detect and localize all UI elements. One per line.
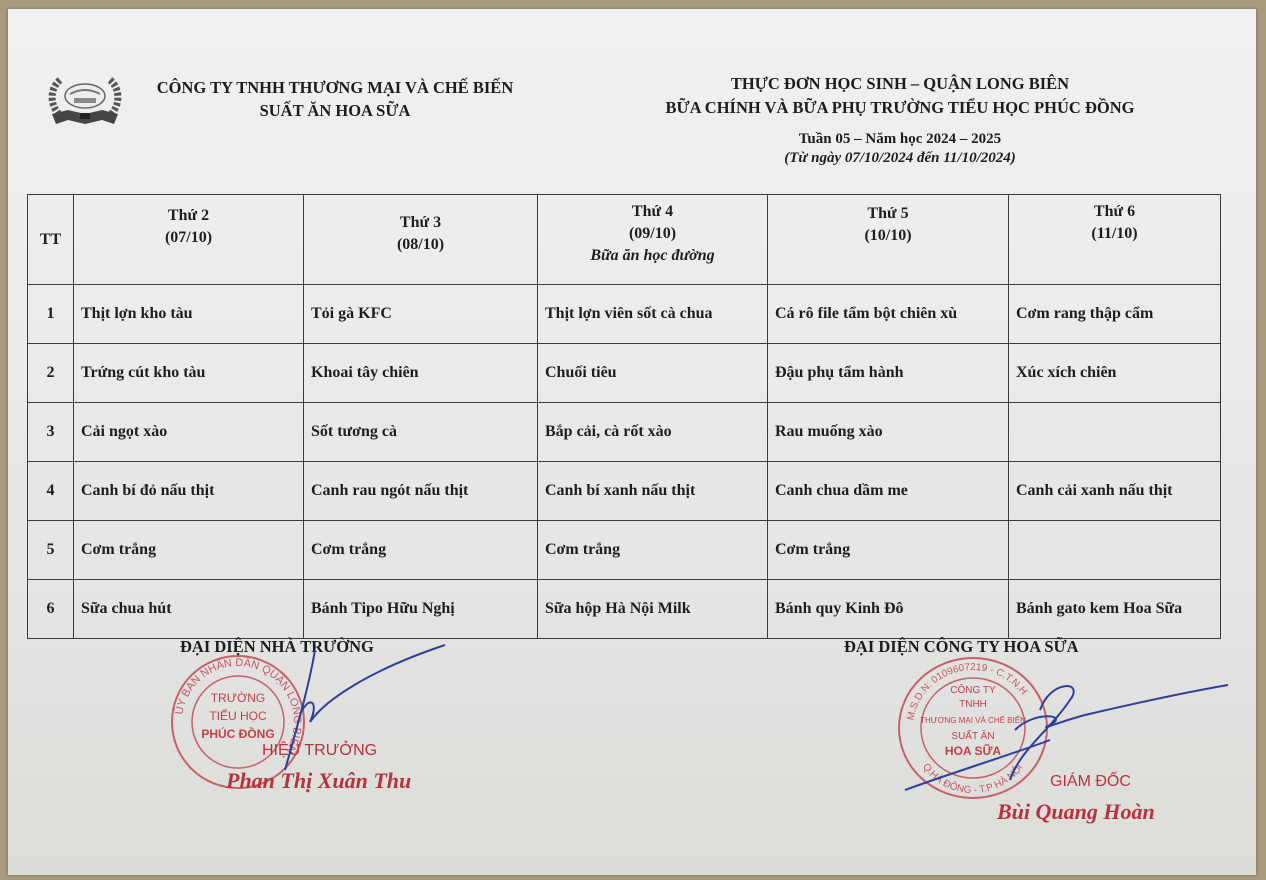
day-header: Thứ 4 (09/10) Bữa ăn học đường: [538, 195, 768, 285]
menu-cell: Canh bí xanh nấu thịt: [538, 462, 768, 521]
table-row: 4Canh bí đỏ nấu thịtCanh rau ngót nấu th…: [28, 462, 1221, 521]
menu-cell: Canh chua dầm me: [768, 462, 1009, 521]
row-index: 1: [28, 285, 74, 344]
day-date: (09/10): [545, 223, 760, 245]
menu-cell: Sữa hộp Hà Nội Milk: [538, 580, 768, 639]
company-representative-title: ĐẠI DIỆN CÔNG TY HOA SỮA: [844, 637, 1079, 657]
day-name: Thứ 4: [545, 201, 760, 223]
menu-cell: Bánh quy Kinh Đô: [768, 580, 1009, 639]
day-name: Thứ 2: [81, 205, 296, 227]
week-info: Tuần 05 – Năm học 2024 – 2025 (Từ ngày 0…: [640, 130, 1160, 168]
menu-cell: Cơm trắng: [768, 521, 1009, 580]
menu-cell: Canh rau ngót nấu thịt: [304, 462, 538, 521]
menu-cell: Cơm trắng: [538, 521, 768, 580]
menu-cell: Xúc xích chiên: [1009, 344, 1221, 403]
day-date: (07/10): [81, 227, 296, 249]
menu-cell: Cải ngọt xào: [74, 403, 304, 462]
day-name: Thứ 6: [1016, 201, 1213, 223]
index-header: TT: [28, 195, 74, 285]
day-note: Bữa ăn học đường: [545, 245, 760, 267]
menu-cell: [1009, 521, 1221, 580]
menu-cell: Cá rô file tẩm bột chiên xù: [768, 285, 1009, 344]
menu-cell: Chuối tiêu: [538, 344, 768, 403]
company-name-line1: CÔNG TY TNHH THƯƠNG MẠI VÀ CHẾ BIẾN: [120, 76, 550, 99]
day-date: (10/10): [775, 225, 1001, 247]
menu-cell: Thịt lợn kho tàu: [74, 285, 304, 344]
row-index: 3: [28, 403, 74, 462]
menu-cell: Thịt lợn viên sốt cà chua: [538, 285, 768, 344]
table-header-row: TT Thứ 2 (07/10) Thứ 3 (08/10) Thứ 4 (09…: [28, 195, 1221, 285]
menu-title-line1: THỰC ĐƠN HỌC SINH – QUẬN LONG BIÊN: [610, 72, 1190, 96]
menu-cell: Sốt tương cà: [304, 403, 538, 462]
day-header: Thứ 2 (07/10): [74, 195, 304, 285]
week-label: Tuần 05 – Năm học 2024 – 2025: [640, 130, 1160, 149]
day-header: Thứ 6 (11/10): [1009, 195, 1221, 285]
company-name: CÔNG TY TNHH THƯƠNG MẠI VÀ CHẾ BIẾN SUẤT…: [120, 76, 550, 122]
svg-text:PHÚC ĐỒNG: PHÚC ĐỒNG: [201, 726, 274, 741]
laurel-wreath-logo-icon: [46, 72, 124, 130]
menu-cell: Sữa chua hút: [74, 580, 304, 639]
menu-cell: Bắp cải, cà rốt xào: [538, 403, 768, 462]
row-index: 2: [28, 344, 74, 403]
school-signature-icon: [280, 640, 450, 780]
day-name: Thứ 3: [311, 212, 530, 234]
menu-cell: Bánh Tipo Hữu Nghị: [304, 580, 538, 639]
menu-cell: Trứng cút kho tàu: [74, 344, 304, 403]
menu-cell: [1009, 403, 1221, 462]
company-name-line2: SUẤT ĂN HOA SỮA: [120, 99, 550, 122]
company-signature-icon: [900, 670, 1230, 800]
day-header: Thứ 3 (08/10): [304, 195, 538, 285]
row-index: 6: [28, 580, 74, 639]
menu-title: THỰC ĐƠN HỌC SINH – QUẬN LONG BIÊN BỮA C…: [610, 72, 1190, 120]
table-row: 5Cơm trắngCơm trắngCơm trắngCơm trắng: [28, 521, 1221, 580]
menu-cell: Tỏi gà KFC: [304, 285, 538, 344]
menu-cell: Canh bí đỏ nấu thịt: [74, 462, 304, 521]
day-date: (08/10): [311, 234, 530, 256]
day-name: Thứ 5: [775, 203, 1001, 225]
menu-table: TT Thứ 2 (07/10) Thứ 3 (08/10) Thứ 4 (09…: [27, 194, 1221, 639]
table-row: 6Sữa chua hútBánh Tipo Hữu NghịSữa hộp H…: [28, 580, 1221, 639]
day-header: Thứ 5 (10/10): [768, 195, 1009, 285]
menu-cell: Đậu phụ tẩm hành: [768, 344, 1009, 403]
row-index: 4: [28, 462, 74, 521]
table-row: 1Thịt lợn kho tàuTỏi gà KFCThịt lợn viên…: [28, 285, 1221, 344]
menu-title-line2: BỮA CHÍNH VÀ BỮA PHỤ TRƯỜNG TIỂU HỌC PHÚ…: [610, 96, 1190, 120]
table-row: 3Cải ngọt xàoSốt tương càBắp cải, cà rốt…: [28, 403, 1221, 462]
company-signer-name: Bùi Quang Hoàn: [997, 799, 1155, 825]
table-row: 2Trứng cút kho tàuKhoai tây chiênChuối t…: [28, 344, 1221, 403]
date-range: (Từ ngày 07/10/2024 đến 11/10/2024): [640, 149, 1160, 168]
svg-text:TRƯỜNG: TRƯỜNG: [211, 690, 266, 705]
menu-cell: Cơm trắng: [304, 521, 538, 580]
menu-cell: Khoai tây chiên: [304, 344, 538, 403]
menu-cell: Bánh gato kem Hoa Sữa: [1009, 580, 1221, 639]
row-index: 5: [28, 521, 74, 580]
menu-cell: Rau muống xào: [768, 403, 1009, 462]
menu-cell: Cơm rang thập cẩm: [1009, 285, 1221, 344]
menu-cell: Canh cải xanh nấu thịt: [1009, 462, 1221, 521]
svg-text:TIỂU HỌC: TIỂU HỌC: [209, 708, 267, 723]
menu-cell: Cơm trắng: [74, 521, 304, 580]
day-date: (11/10): [1016, 223, 1213, 245]
